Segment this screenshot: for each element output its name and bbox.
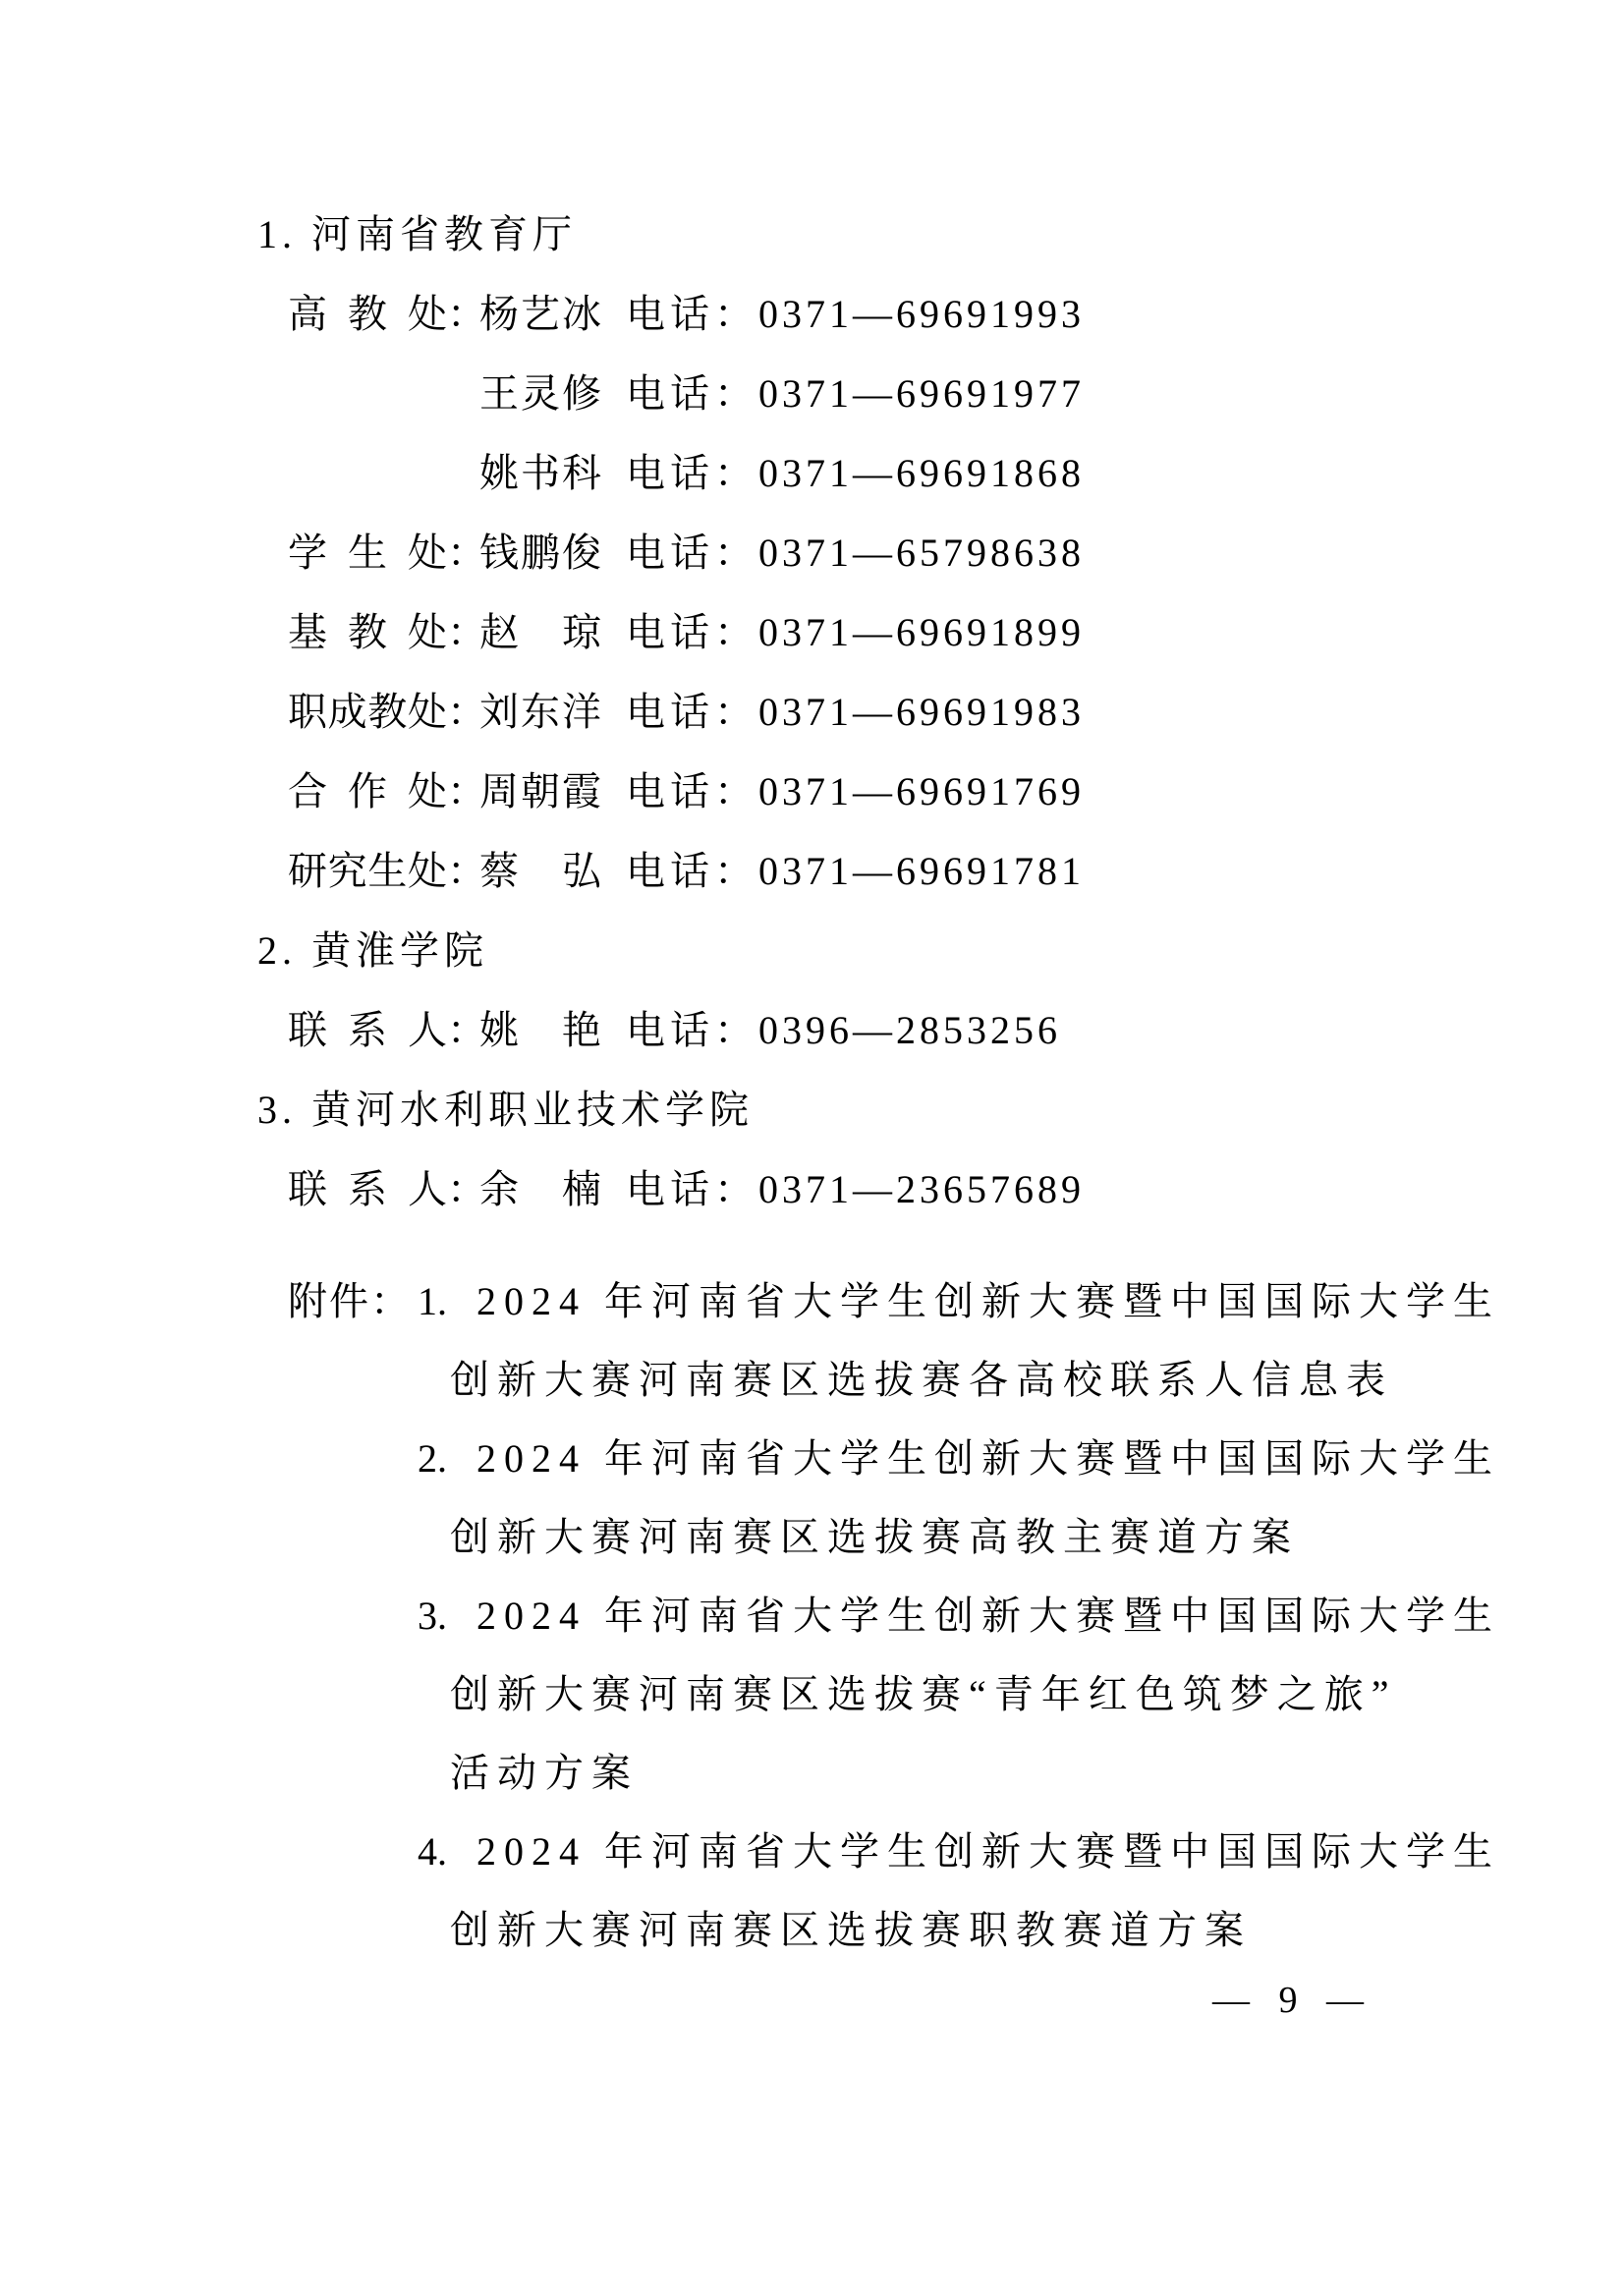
attachment-item: 3.2024 年河南省大学生创新大赛暨中国国际大学生 创新大赛河南赛区选拔赛“青…	[418, 1577, 1624, 1813]
attachment-line: 活动方案	[418, 1734, 1624, 1813]
phone-label: 电话	[626, 292, 714, 336]
department-label: 职成教处	[288, 672, 447, 752]
colon: ：	[447, 831, 479, 911]
colon: ：	[714, 769, 758, 813]
phone-label: 电话	[626, 1167, 714, 1211]
phone-number: 0371—65798638	[758, 531, 1085, 575]
contact-row: 联系人：姚艳电话：0396—2853256	[257, 990, 1624, 1070]
attachment-text: 2024 年河南省大学生创新大赛暨中国国际大学生	[476, 1829, 1500, 1874]
contact-row: 合作处：周朝霞电话：0371—69691769	[257, 752, 1624, 831]
phone-label: 电话	[626, 849, 714, 893]
attachment-text: 2024 年河南省大学生创新大赛暨中国国际大学生	[476, 1594, 1500, 1638]
phone-group: 电话：0371—69691993	[626, 292, 1085, 336]
colon: ：	[447, 752, 479, 831]
colon: ：	[714, 849, 758, 893]
attachment-item: 4.2024 年河南省大学生创新大赛暨中国国际大学生 创新大赛河南赛区选拔赛职教…	[418, 1813, 1624, 1970]
colon: ：	[447, 592, 479, 672]
section-heading: 3. 黄河水利职业技术学院	[257, 1070, 1624, 1149]
attachment-text: 2024 年河南省大学生创新大赛暨中国国际大学生	[476, 1279, 1500, 1323]
phone-number: 0371—69691899	[758, 610, 1085, 654]
phone-number: 0371—69691977	[758, 371, 1085, 416]
phone-number: 0371—69691868	[758, 451, 1085, 495]
attachment-line: 创新大赛河南赛区选拔赛高教主赛道方案	[418, 1498, 1624, 1577]
phone-label: 电话	[626, 690, 714, 734]
colon: ：	[447, 274, 479, 354]
contact-name: 王灵修	[479, 354, 601, 433]
department-label: 联系人	[288, 1149, 447, 1229]
attachment-line: 1.2024 年河南省大学生创新大赛暨中国国际大学生	[418, 1262, 1624, 1341]
colon: ：	[714, 690, 758, 734]
colon: ：	[714, 1167, 758, 1211]
contact-name: 钱鹏俊	[479, 513, 601, 592]
contact-name: 姚艳	[479, 990, 601, 1070]
phone-group: 电话：0371—69691781	[626, 849, 1085, 893]
phone-group: 电话：0371—23657689	[626, 1167, 1085, 1211]
colon: ：	[447, 513, 479, 592]
phone-group: 电话：0371—69691977	[626, 371, 1085, 416]
attachment-number: 3.	[418, 1577, 476, 1655]
phone-group: 电话：0371—65798638	[626, 531, 1085, 575]
colon: ：	[447, 672, 479, 752]
attachment-number: 2.	[418, 1420, 476, 1498]
phone-number: 0396—2853256	[758, 1008, 1061, 1052]
phone-label: 电话	[626, 371, 714, 416]
contact-row: 联系人：余楠电话：0371—23657689	[257, 1149, 1624, 1229]
contact-row: 王灵修电话：0371—69691977	[257, 354, 1624, 433]
phone-number: 0371—69691993	[758, 292, 1085, 336]
contact-name: 蔡弘	[479, 831, 601, 911]
attachment-number: 4.	[418, 1813, 476, 1891]
contact-name: 余楠	[479, 1149, 601, 1229]
attachment-line: 3.2024 年河南省大学生创新大赛暨中国国际大学生	[418, 1577, 1624, 1655]
colon: ：	[714, 531, 758, 575]
phone-number: 0371—69691983	[758, 690, 1085, 734]
phone-label: 电话	[626, 769, 714, 813]
contact-row: 高教处：杨艺冰电话：0371—69691993	[257, 274, 1624, 354]
section-heading: 1. 河南省教育厅	[257, 195, 1624, 274]
phone-label: 电话	[626, 531, 714, 575]
department-label: 高教处	[288, 274, 447, 354]
contact-name: 赵琼	[479, 592, 601, 672]
document-page: 1. 河南省教育厅 高教处：杨艺冰电话：0371—69691993 王灵修电话：…	[0, 0, 1624, 2295]
contact-name: 周朝霞	[479, 752, 601, 831]
attachments-section: 附件： 1.2024 年河南省大学生创新大赛暨中国国际大学生 创新大赛河南赛区选…	[0, 1262, 1624, 1970]
contact-list: 1. 河南省教育厅 高教处：杨艺冰电话：0371—69691993 王灵修电话：…	[0, 0, 1624, 1229]
attachment-line: 创新大赛河南赛区选拔赛各高校联系人信息表	[418, 1341, 1624, 1420]
department-label: 联系人	[288, 990, 447, 1070]
page-number: — 9 —	[1212, 1979, 1366, 2022]
contact-row: 姚书科电话：0371—69691868	[257, 433, 1624, 513]
attachment-item: 2.2024 年河南省大学生创新大赛暨中国国际大学生 创新大赛河南赛区选拔赛高教…	[418, 1420, 1624, 1577]
contact-row: 学生处：钱鹏俊电话：0371—65798638	[257, 513, 1624, 592]
attachment-line: 4.2024 年河南省大学生创新大赛暨中国国际大学生	[418, 1813, 1624, 1891]
attachment-line: 创新大赛河南赛区选拔赛“青年红色筑梦之旅”	[418, 1655, 1624, 1734]
attachment-number: 1.	[418, 1262, 476, 1341]
phone-label: 电话	[626, 451, 714, 495]
contact-row: 研究生处：蔡弘电话：0371—69691781	[257, 831, 1624, 911]
phone-label: 电话	[626, 1008, 714, 1052]
phone-label: 电话	[626, 610, 714, 654]
department-label: 合作处	[288, 752, 447, 831]
colon: ：	[714, 371, 758, 416]
contact-row: 职成教处：刘东洋电话：0371—69691983	[257, 672, 1624, 752]
phone-group: 电话：0371—69691983	[626, 690, 1085, 734]
phone-number: 0371—23657689	[758, 1167, 1085, 1211]
department-label: 基教处	[288, 592, 447, 672]
contact-name: 杨艺冰	[479, 274, 601, 354]
contact-name: 姚书科	[479, 433, 601, 513]
attachments-list: 1.2024 年河南省大学生创新大赛暨中国国际大学生 创新大赛河南赛区选拔赛各高…	[418, 1262, 1624, 1970]
phone-number: 0371—69691781	[758, 849, 1085, 893]
contact-name: 刘东洋	[479, 672, 601, 752]
colon: ：	[714, 610, 758, 654]
phone-group: 电话：0371—69691868	[626, 451, 1085, 495]
colon: ：	[714, 292, 758, 336]
colon: ：	[447, 990, 479, 1070]
department-label: 学生处	[288, 513, 447, 592]
attachment-text: 2024 年河南省大学生创新大赛暨中国国际大学生	[476, 1436, 1500, 1481]
phone-number: 0371—69691769	[758, 769, 1085, 813]
attachments-label: 附件：	[288, 1262, 418, 1970]
contact-row: 基教处：赵琼电话：0371—69691899	[257, 592, 1624, 672]
phone-group: 电话：0371—69691899	[626, 610, 1085, 654]
colon: ：	[447, 1149, 479, 1229]
phone-group: 电话：0396—2853256	[626, 1008, 1061, 1052]
attachment-line: 创新大赛河南赛区选拔赛职教赛道方案	[418, 1891, 1624, 1970]
department-label: 研究生处	[288, 831, 447, 911]
colon: ：	[714, 451, 758, 495]
section-heading: 2. 黄淮学院	[257, 911, 1624, 990]
colon: ：	[714, 1008, 758, 1052]
phone-group: 电话：0371—69691769	[626, 769, 1085, 813]
attachment-line: 2.2024 年河南省大学生创新大赛暨中国国际大学生	[418, 1420, 1624, 1498]
attachment-item: 1.2024 年河南省大学生创新大赛暨中国国际大学生 创新大赛河南赛区选拔赛各高…	[418, 1262, 1624, 1420]
